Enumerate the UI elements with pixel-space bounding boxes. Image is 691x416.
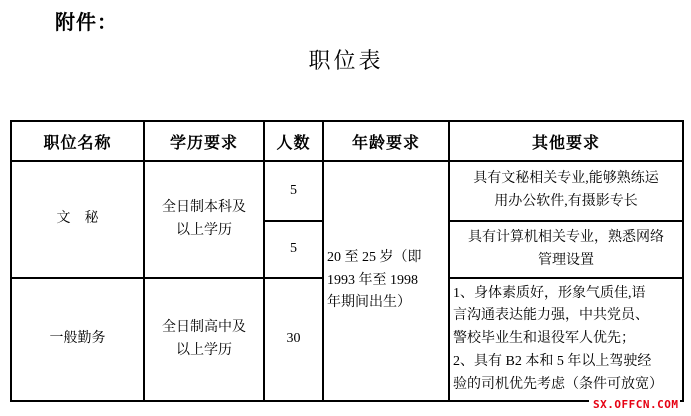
cell-other-secretary-1: 具有文秘相关专业,能够熟练运 用办公软件,有摄影专长	[449, 161, 683, 221]
attachment-label: 附件：	[55, 6, 118, 35]
table-row: 文 秘 全日制本科及 以上学历 5 20 至 25 岁（即 1993 年至 19…	[11, 161, 683, 221]
cell-education-general-service: 全日制高中及 以上学历	[144, 278, 264, 401]
page-title: 职位表	[10, 44, 682, 75]
cell-position-secretary: 文 秘	[11, 161, 144, 278]
col-header-education: 学历要求	[144, 121, 264, 161]
cell-count-general-service: 30	[264, 278, 323, 401]
position-table: 职位名称 学历要求 人数 年龄要求 其他要求 文 秘 全日制本科及 以上学历 5…	[10, 120, 684, 402]
cell-position-general-service: 一般勤务	[11, 278, 144, 401]
col-header-position-name: 职位名称	[11, 121, 144, 161]
cell-age-requirement: 20 至 25 岁（即 1993 年至 1998 年期间出生）	[323, 161, 449, 401]
cell-count-secretary-2: 5	[264, 221, 323, 278]
cell-count-secretary-1: 5	[264, 161, 323, 221]
cell-other-secretary-2: 具有计算机相关专业，熟悉网络 管理设置	[449, 221, 683, 278]
cell-education-secretary: 全日制本科及 以上学历	[144, 161, 264, 278]
col-header-age: 年龄要求	[323, 121, 449, 161]
col-header-other: 其他要求	[449, 121, 683, 161]
cell-other-general-service: 1、身体素质好，形象气质佳,语 言沟通表达能力强，中共党员、 警校毕业生和退役军…	[449, 278, 683, 401]
col-header-count: 人数	[264, 121, 323, 161]
watermark: SX.OFFCN.COM	[589, 397, 680, 411]
table-header-row: 职位名称 学历要求 人数 年龄要求 其他要求	[11, 121, 683, 161]
